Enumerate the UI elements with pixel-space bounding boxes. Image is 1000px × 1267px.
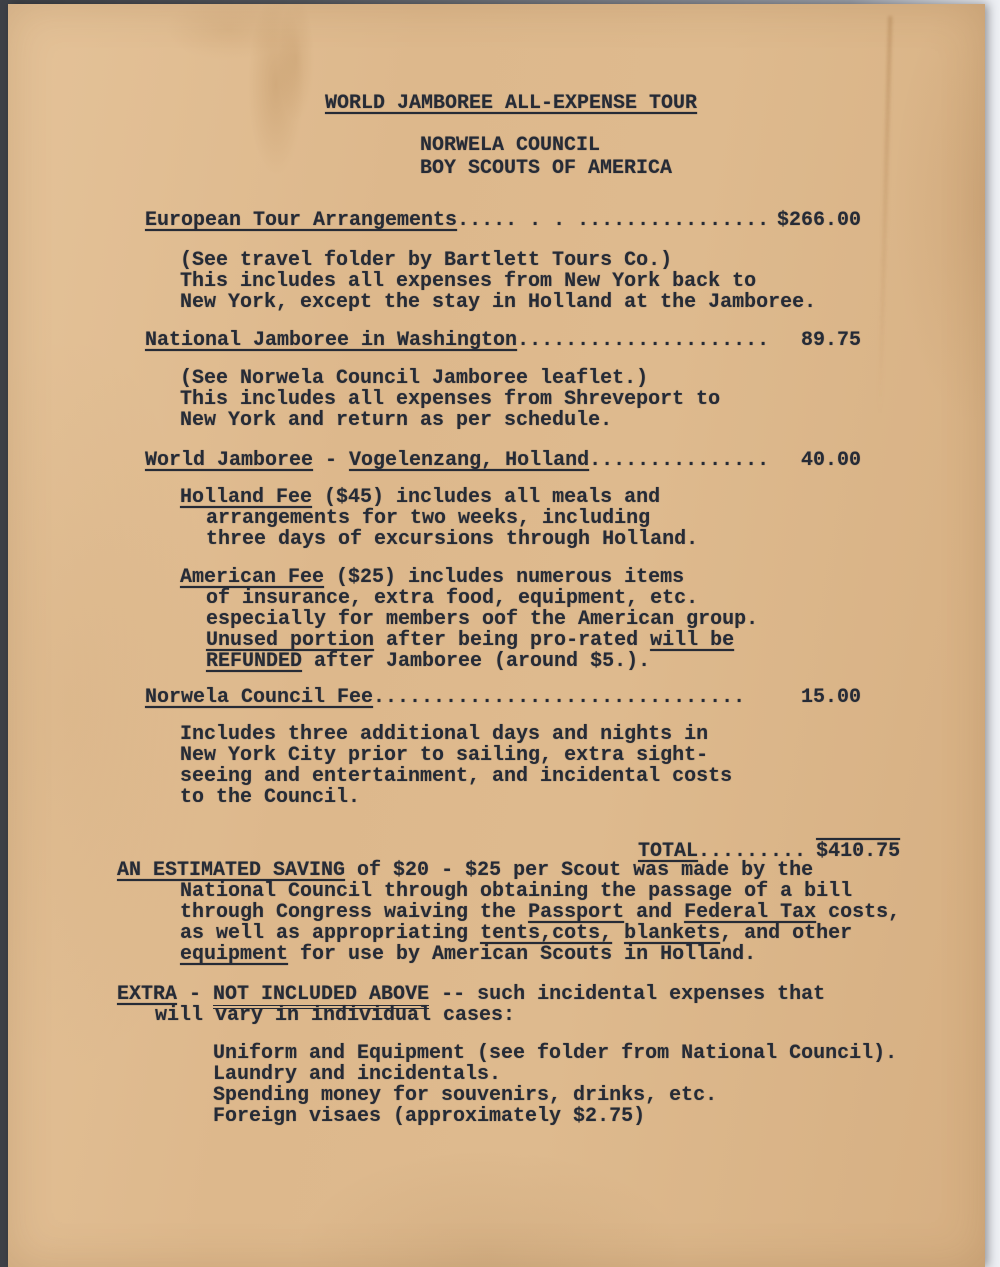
note-line: New York City prior to sailing, extra si…	[180, 745, 985, 766]
extra-heading-line: EXTRA - NOT INCLUDED ABOVE -- such incid…	[117, 984, 985, 1005]
european-tour-note: (See travel folder by Bartlett Tours Co.…	[180, 250, 985, 313]
american-fee-block: American Fee ($25) includes numerous ite…	[8, 567, 985, 672]
fee-line-world-jamboree: World Jamboree - Vogelenzang, Holland ..…	[145, 450, 861, 471]
fee-amount: 40.00	[771, 450, 861, 471]
list-item: Laundry and incidentals.	[213, 1064, 985, 1085]
norwela-fee-note: Includes three additional days and night…	[180, 724, 985, 808]
fee-amount: $266.00	[771, 210, 861, 231]
national-jamboree-note: (See Norwela Council Jamboree leaflet.) …	[180, 368, 985, 431]
list-item: Foreign visaes (approximately $2.75)	[213, 1106, 985, 1127]
note-line: This includes all expenses from Shrevepo…	[180, 389, 985, 410]
estimated-saving-paragraph: AN ESTIMATED SAVING of $20 - $25 per Sco…	[8, 860, 985, 965]
american-fee-line: of insurance, extra food, equipment, etc…	[206, 588, 985, 609]
note-line: (See Norwela Council Jamboree leaflet.)	[180, 368, 985, 389]
dot-leader: ......................	[517, 330, 771, 351]
fee-heading: World Jamboree	[145, 450, 313, 471]
org-name-bsa: BOY SCOUTS OF AMERICA	[420, 158, 985, 179]
holland-fee-line: arrangements for two weeks, including	[206, 508, 985, 529]
note-line: New York and return as per schedule.	[180, 410, 985, 431]
fee-heading-sep: -	[313, 450, 349, 471]
dot-leader: ...............	[589, 450, 771, 471]
extra-items-list: Uniform and Equipment (see folder from N…	[213, 1043, 985, 1127]
holland-fee-lead-line: Holland Fee ($45) includes all meals and	[180, 487, 985, 508]
note-line: New York, except the stay in Holland at …	[180, 292, 985, 313]
fee-line-european-tour: European Tour Arrangements ..... . . ...…	[145, 210, 861, 231]
note-line: (See travel folder by Bartlett Tours Co.…	[180, 250, 985, 271]
holland-fee-line: three days of excursions through Holland…	[206, 529, 985, 550]
fee-heading: National Jamboree in Washington	[145, 330, 517, 351]
fee-heading-location: Vogelenzang, Holland	[349, 450, 589, 471]
fee-line-national-jamboree: National Jamboree in Washington ........…	[145, 330, 861, 351]
holland-fee-block: Holland Fee ($45) includes all meals and…	[8, 487, 985, 550]
fee-amount: 15.00	[771, 687, 861, 708]
extra-line: will vary in individual cases:	[155, 1005, 985, 1026]
total-line: TOTAL.........$410.75	[590, 820, 985, 841]
dot-leader: ..... . . ..................	[457, 210, 771, 231]
saving-line: equipment for use by American Scouts in …	[180, 944, 985, 965]
note-line: seeing and entertainment, and incidental…	[180, 766, 985, 787]
total-amount: $410.75	[816, 840, 900, 863]
saving-line: as well as appropriating tents,cots, bla…	[180, 923, 985, 944]
fee-heading: European Tour Arrangements	[145, 210, 457, 231]
org-name-council: NORWELA COUNCIL	[420, 135, 985, 156]
fee-amount: 89.75	[771, 330, 861, 351]
list-item: Uniform and Equipment (see folder from N…	[213, 1043, 985, 1064]
dot-leader: ...............................	[373, 687, 771, 708]
org-block: NORWELA COUNCIL BOY SCOUTS OF AMERICA	[420, 135, 985, 179]
saving-line: through Congress waiving the Passport an…	[180, 902, 985, 923]
note-line: Includes three additional days and night…	[180, 724, 985, 745]
document-page: WORLD JAMBOREE ALL-EXPENSE TOUR NORWELA …	[8, 4, 985, 1267]
saving-line: AN ESTIMATED SAVING of $20 - $25 per Sco…	[117, 860, 985, 881]
note-line: This includes all expenses from New York…	[180, 271, 985, 292]
fee-heading: Norwela Council Fee	[145, 687, 373, 708]
list-item: Spending money for souvenirs, drinks, et…	[213, 1085, 985, 1106]
saving-line: National Council through obtaining the p…	[180, 881, 985, 902]
note-line: to the Council.	[180, 787, 985, 808]
american-fee-refund-line: Unused portion after being pro-rated wil…	[206, 630, 985, 651]
american-fee-refund-line: REFUNDED after Jamboree (around $5.).	[206, 651, 985, 672]
fee-line-norwela-council: Norwela Council Fee ....................…	[145, 687, 861, 708]
extra-paragraph: EXTRA - NOT INCLUDED ABOVE -- such incid…	[8, 984, 985, 1026]
american-fee-lead-line: American Fee ($25) includes numerous ite…	[180, 567, 985, 588]
american-fee-line: especially for members oof the American …	[206, 609, 985, 630]
document-title: WORLD JAMBOREE ALL-EXPENSE TOUR	[325, 93, 985, 114]
